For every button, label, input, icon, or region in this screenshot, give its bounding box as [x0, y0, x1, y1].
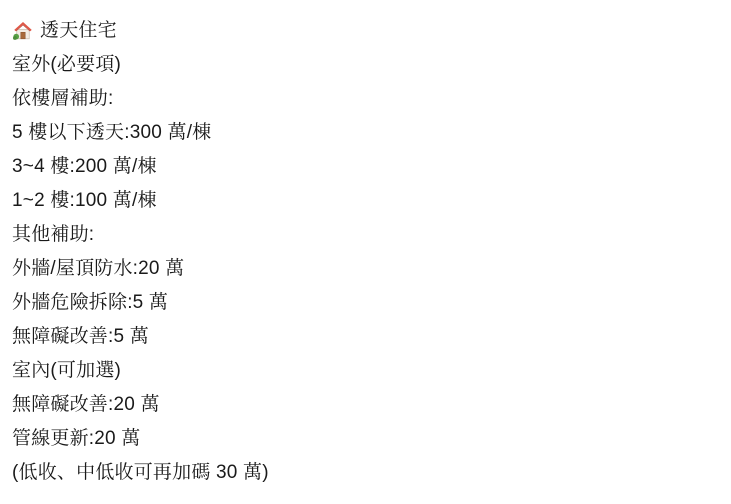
- text-line-waterproofing-amount: 外牆/屋頂防水:20 萬: [12, 252, 715, 286]
- text-line-3to4floor-amount: 3~4 樓:200 萬/棟: [12, 150, 715, 184]
- text-line-demolition-amount: 外牆危險拆除:5 萬: [12, 286, 715, 320]
- text-line-floor-subsidy-header: 依樓層補助:: [12, 82, 715, 116]
- title-text: 透天住宅: [40, 14, 117, 48]
- document: 透天住宅 室外(必要項) 依樓層補助: 5 樓以下透天:300 萬/棟 3~4 …: [0, 0, 731, 504]
- text-line-outdoor-header: 室外(必要項): [12, 48, 715, 82]
- document-title: 透天住宅: [12, 14, 715, 48]
- text-line-accessibility-indoor-amount: 無障礙改善:20 萬: [12, 388, 715, 422]
- text-line-other-subsidy-header: 其他補助:: [12, 218, 715, 252]
- house-icon: [12, 20, 34, 42]
- text-line-accessibility-outdoor-amount: 無障礙改善:5 萬: [12, 320, 715, 354]
- text-line-1to2floor-amount: 1~2 樓:100 萬/棟: [12, 184, 715, 218]
- text-line-pipeline-amount: 管線更新:20 萬: [12, 422, 715, 456]
- text-line-5floor-amount: 5 樓以下透天:300 萬/棟: [12, 116, 715, 150]
- text-line-indoor-header: 室內(可加選): [12, 354, 715, 388]
- text-line-low-income-bonus-note: (低收、中低收可再加碼 30 萬): [12, 456, 715, 490]
